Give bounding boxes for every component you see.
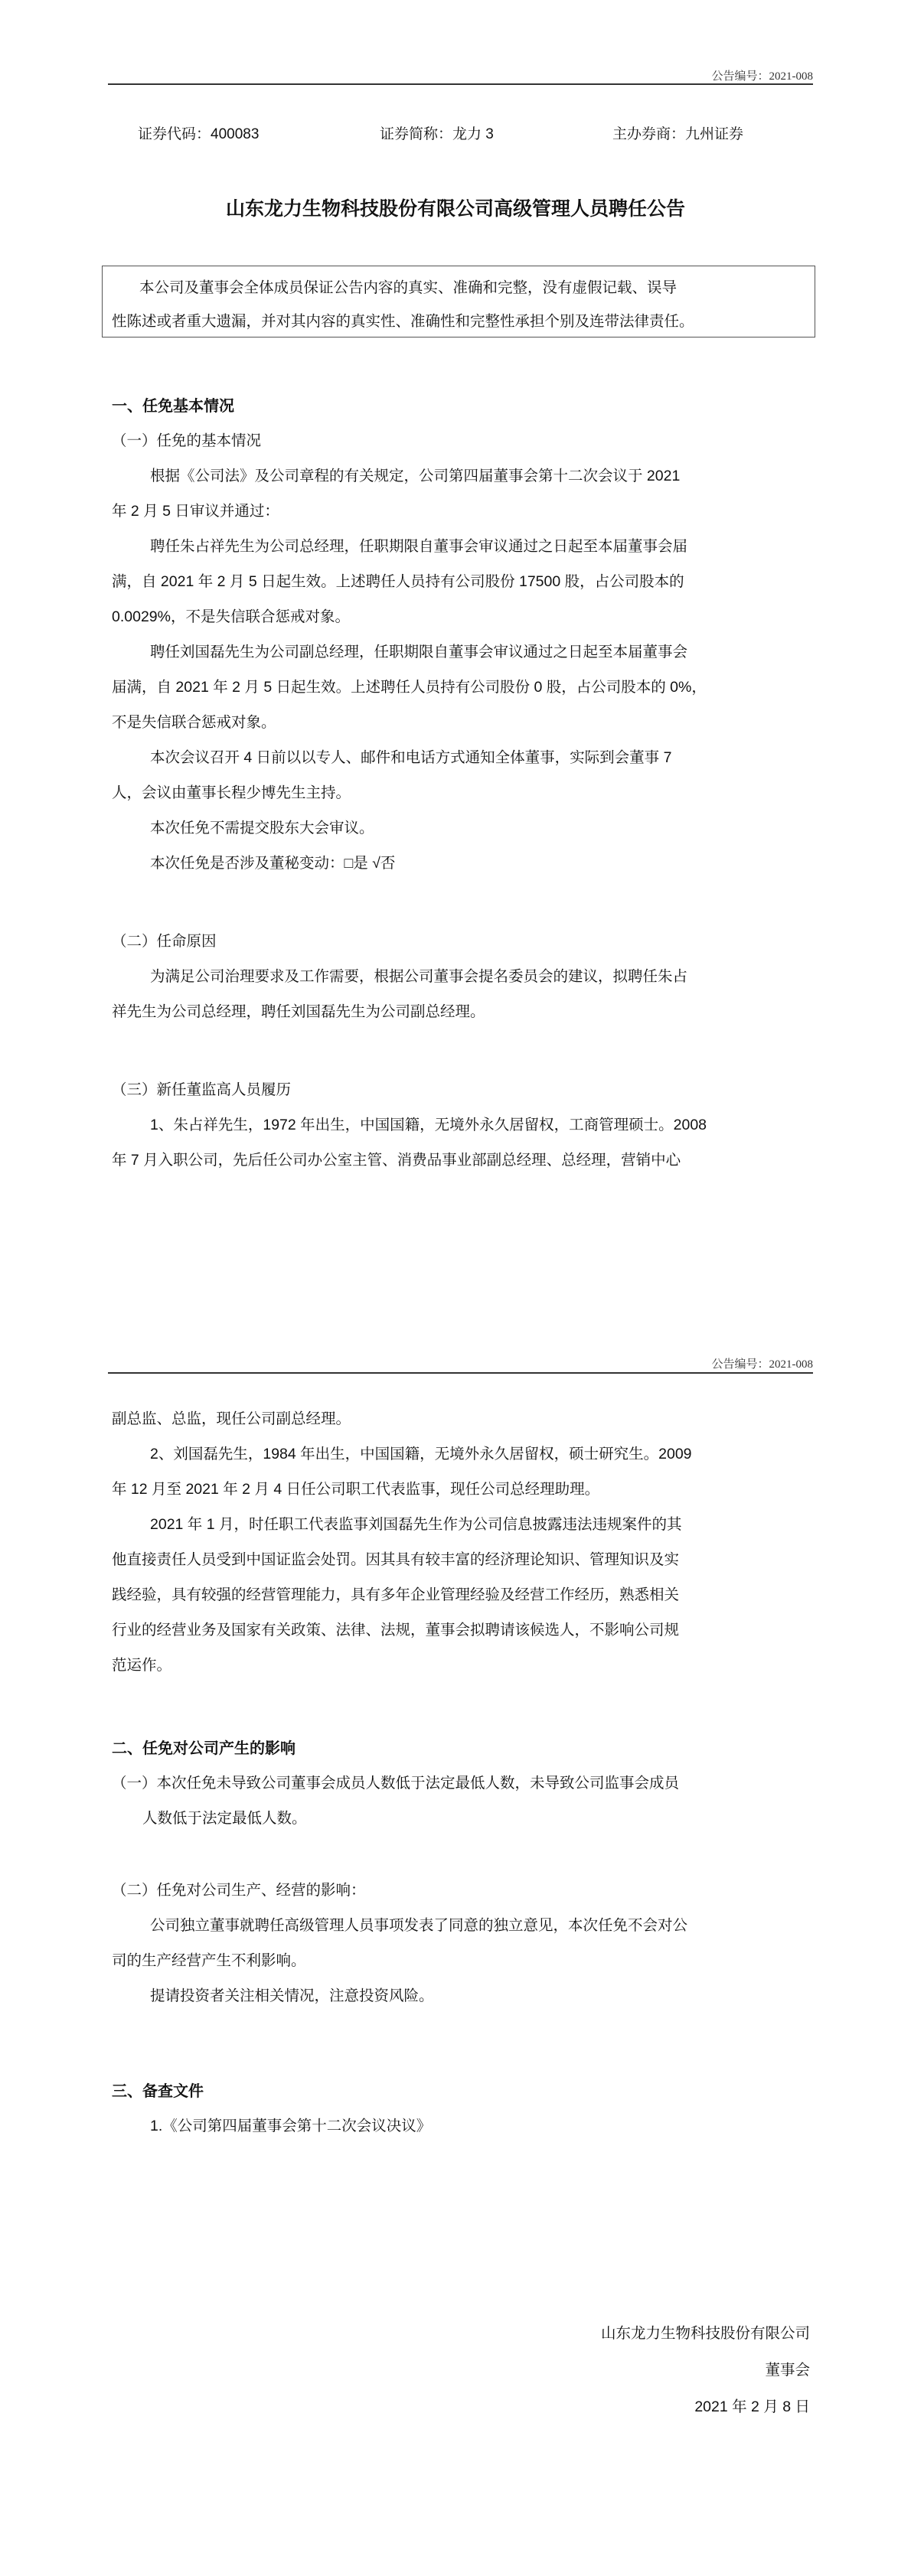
paragraph-line: 践经验，具有较强的经营管理能力，具有多年企业管理经验及经营工作经历，熟悉相关 (112, 1583, 679, 1604)
security-code: 证券代码：400083 (138, 122, 259, 143)
paragraph-line: 副总监、总监，现任公司副总经理。 (112, 1407, 351, 1428)
subsection-1-3-heading: （三）新任董监高人员履历 (112, 1078, 291, 1099)
risk-notice-line: 提请投资者关注相关情况，注意投资风险。 (150, 1984, 434, 2005)
header-rule (108, 1372, 813, 1374)
disclaimer-box: 本公司及董事会全体成员保证公告内容的真实、准确和完整，没有虚假记载、误导 性陈述… (102, 266, 815, 337)
paragraph-line: 1、朱占祥先生，1972 年出生，中国国籍，无境外永久居留权，工商管理硕士。20… (150, 1113, 707, 1134)
disclaimer-line-1: 本公司及董事会全体成员保证公告内容的真实、准确和完整，没有虚假记载、误导 (139, 276, 677, 297)
paragraph-line: 人数低于法定最低人数。 (142, 1806, 307, 1828)
paragraph-line: 为满足公司治理要求及工作需要，根据公司董事会提名委员会的建议，拟聘任朱占 (150, 964, 687, 986)
subsection-2-2-heading: （二）任免对公司生产、经营的影响： (112, 1878, 366, 1899)
paragraph-line: 行业的经营业务及国家有关政策、法律、法规，董事会拟聘请该候选人，不影响公司规 (112, 1618, 679, 1639)
paragraph-line: 年 12 月至 2021 年 2 月 4 日任公司职工代表监事，现任公司总经理助… (112, 1477, 599, 1498)
paragraph-line: 司的生产经营产生不利影响。 (112, 1948, 306, 1970)
paragraph-line: 他直接责任人员受到中国证监会处罚。因其具有较丰富的经济理论知识、管理知识及实 (112, 1547, 679, 1569)
paragraph-line: 本次任免不需提交股东大会审议。 (150, 816, 374, 837)
paragraph-line: 本次会议召开 4 日前以以专人、邮件和电话方式通知全体董事，实际到会董事 7 (150, 745, 671, 767)
header-rule (108, 83, 813, 85)
paragraph-line: 不是失信联合惩戒对象。 (112, 710, 276, 732)
sponsor-broker: 主办券商：九州证券 (612, 122, 743, 143)
reference-document-item: 1.《公司第四届董事会第十二次会议决议》 (150, 2114, 431, 2135)
secretary-change-line: 本次任免是否涉及董秘变动：□是 √否 (150, 851, 395, 872)
paragraph-line: 范运作。 (112, 1653, 171, 1674)
disclaimer-line-2: 性陈述或者重大遗漏，并对其内容的真实性、准确性和完整性承担个别及连带法律责任。 (112, 309, 694, 331)
page-title: 山东龙力生物科技股份有限公司高级管理人员聘任公告 (0, 194, 911, 221)
announcement-number: 公告编号：2021-008 (712, 1355, 814, 1371)
section-1-heading: 一、任免基本情况 (112, 393, 234, 416)
paragraph-line: （一）本次任免未导致公司董事会成员人数低于法定最低人数，未导致公司监事会成员 (112, 1771, 679, 1792)
security-short-name: 证券简称：龙力 3 (380, 122, 494, 143)
subsection-1-2-heading: （二）任命原因 (112, 929, 217, 951)
paragraph-line: 人，会议由董事长程少博先生主持。 (112, 781, 351, 802)
signature-board: 董事会 (765, 2358, 810, 2379)
signature-date: 2021 年 2 月 8 日 (694, 2395, 810, 2416)
paragraph-line: 聘任刘国磊先生为公司副总经理，任职期限自董事会审议通过之日起至本届董事会 (150, 640, 687, 661)
paragraph-line: 2、刘国磊先生，1984 年出生，中国国籍，无境外永久居留权，硕士研究生。200… (150, 1442, 692, 1463)
paragraph-line: 满，自 2021 年 2 月 5 日起生效。上述聘任人员持有公司股份 17500… (112, 569, 684, 591)
subsection-1-1-heading: （一）任免的基本情况 (112, 429, 261, 450)
paragraph-line: 祥先生为公司总经理，聘任刘国磊先生为公司副总经理。 (112, 999, 485, 1021)
section-3-heading: 三、备查文件 (112, 2079, 204, 2101)
paragraph-line: 年 2 月 5 日审议并通过： (112, 499, 279, 520)
paragraph-line: 2021 年 1 月，时任职工代表监事刘国磊先生作为公司信息披露违法违规案件的其 (150, 1512, 681, 1534)
section-2-heading: 二、任免对公司产生的影响 (112, 1736, 296, 1758)
signature-company: 山东龙力生物科技股份有限公司 (601, 2321, 810, 2343)
paragraph-line: 届满，自 2021 年 2 月 5 日起生效。上述聘任人员持有公司股份 0 股，… (112, 675, 707, 696)
paragraph-line: 根据《公司法》及公司章程的有关规定，公司第四届董事会第十二次会议于 2021 (150, 464, 680, 485)
paragraph-line: 聘任朱占祥先生为公司总经理，任职期限自董事会审议通过之日起至本届董事会届 (150, 534, 687, 556)
paragraph-line: 公司独立董事就聘任高级管理人员事项发表了同意的独立意见，本次任免不会对公 (150, 1913, 687, 1935)
paragraph-line: 年 7 月入职公司，先后任公司办公室主管、消费品事业部副总经理、总经理，营销中心 (112, 1148, 681, 1169)
announcement-number: 公告编号：2021-008 (712, 67, 814, 83)
paragraph-line: 0.0029%，不是失信联合惩戒对象。 (112, 605, 350, 626)
